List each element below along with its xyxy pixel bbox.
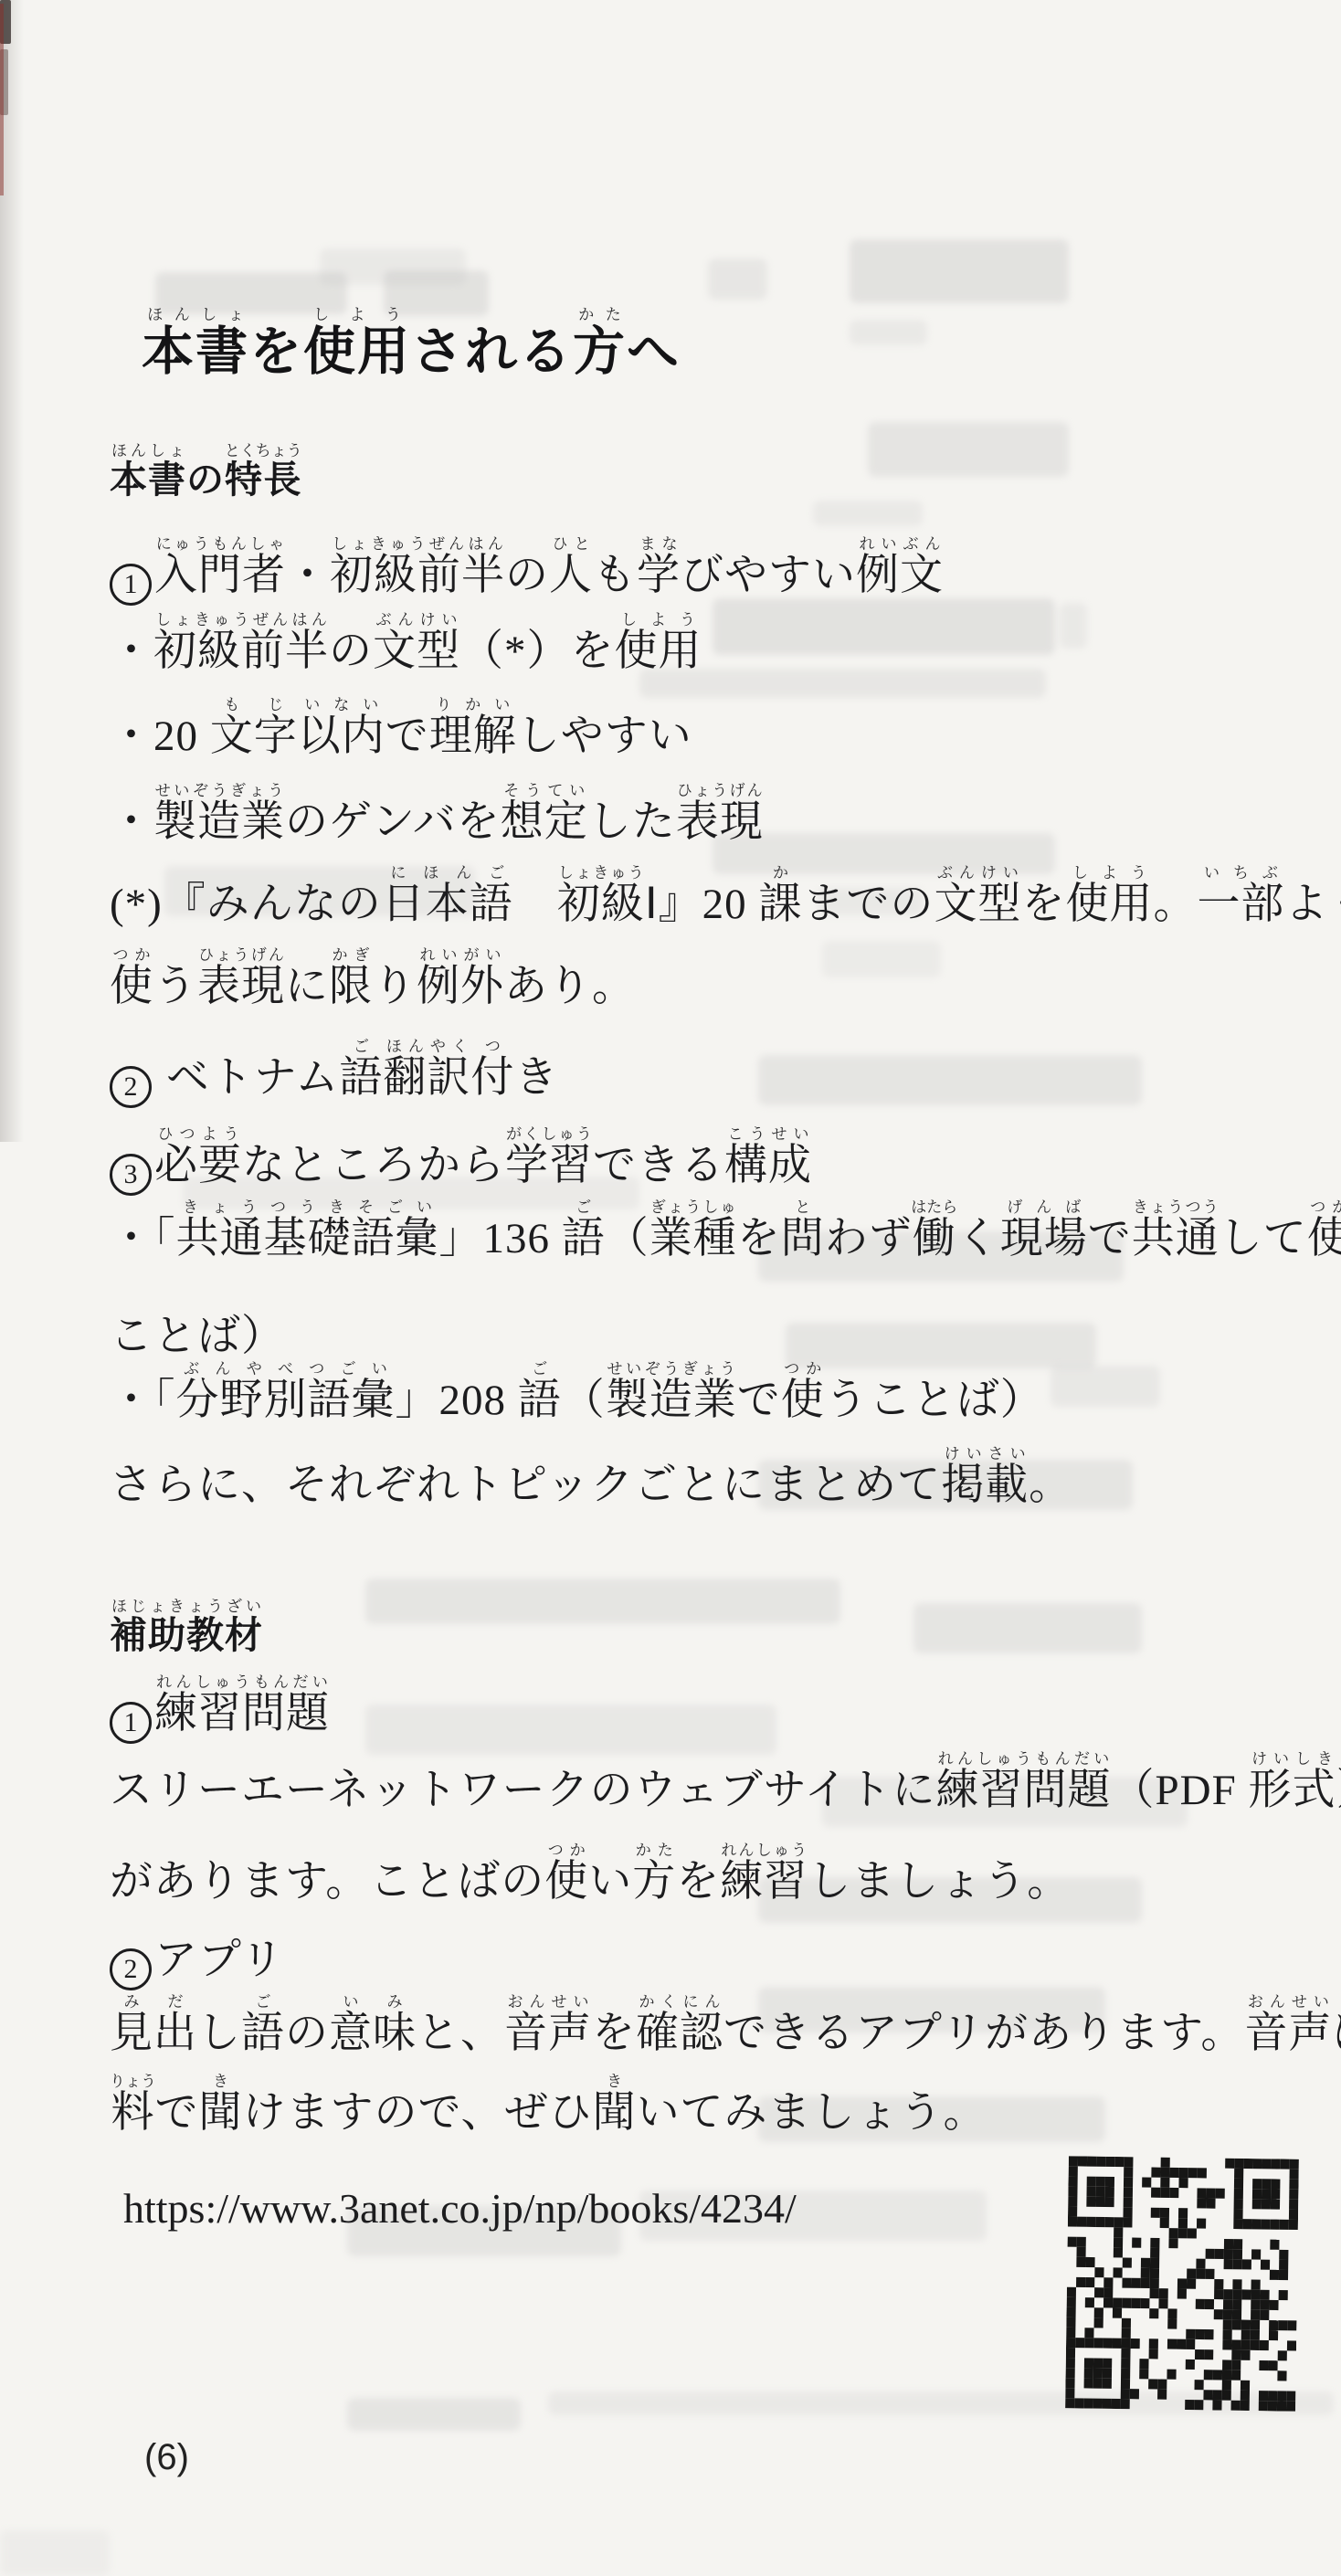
bleed-through-artifact (758, 1055, 1142, 1105)
feature-1-bullet-1: ・初級前半しょきゅうぜんはんの文型ぶんけい（*）を使用しよう (110, 607, 702, 673)
bleed-through-artifact (713, 598, 1055, 655)
bleed-through-artifact (822, 941, 941, 977)
bleed-through-artifact (1051, 1366, 1160, 1407)
scan-edge-mark (0, 0, 11, 44)
feature-3-bullet-2: ・「分野別語彙ぶんやべつごい」208 語ご（製造業せいぞうぎょうで使つかうことば… (110, 1356, 1044, 1422)
bleed-through-artifact (708, 259, 767, 300)
scan-edge-shadow (0, 0, 24, 1142)
bleed-through-artifact (868, 422, 1069, 477)
feature-1: 1入門者にゅうもんしゃ・初級前半しょきゅうぜんはんの人ひとも学まなびやすい例文れ… (110, 531, 944, 606)
scan-edge-mark (0, 49, 8, 115)
bleed-through-artifact (365, 1578, 840, 1624)
footnote-line-1: (*)『みんなの日本語にほんご 初級しょきゅうⅠ』20 課かまでの文型ぶんけいを… (110, 860, 1341, 926)
bleed-through-artifact (813, 501, 923, 526)
topics-note: さらに、それぞれトピックごとにまとめて掲載けいさい。 (110, 1441, 1072, 1507)
supplement-2-line-1: 見出みだし語ごの意味いみと、音声おんせいを確認かくにんできるアプリがあります。音… (110, 1989, 1341, 2055)
supplement-2-heading: 2アプリ (110, 1916, 284, 1990)
circled-number: 2 (110, 1066, 152, 1108)
bleed-through-artifact (1060, 603, 1087, 649)
footnote-line-2: 使つかう表現ひょうげんに限かぎり例外れいがいあり。 (110, 942, 636, 1008)
feature-1-bullet-2: ・20 文字もじ以内いないで理解りかいしやすい (110, 692, 692, 758)
features-heading: 本書ほんしょの特長とくちょう (110, 438, 302, 499)
bleed-through-artifact (850, 320, 927, 345)
app-url: https://www.3anet.co.jp/np/books/4234/ (123, 2164, 797, 2230)
supplement-2-line-2: 料りょうで聞きけますので、ぜひ聞きいてみましょう。 (110, 2068, 987, 2135)
circled-number: 1 (110, 1702, 152, 1744)
bleed-through-artifact (347, 2398, 521, 2431)
bleed-through-artifact (850, 239, 1069, 303)
supplements-heading: 補助教材ほじょきょうざい (110, 1593, 263, 1654)
supplement-1-line-2: があります。ことばの使つかい方かたを練習れんしゅうしましょう。 (110, 1837, 1071, 1904)
page-title: 本書ほんしょを使用しようされる方かたへ (142, 302, 681, 378)
qr-code (1065, 2156, 1299, 2411)
circled-number: 2 (110, 1948, 152, 1990)
feature-1-bullet-3: ・製造業せいぞうぎょうのゲンバを想定そうていした表現ひょうげん (110, 777, 764, 844)
bleed-through-artifact (320, 248, 466, 285)
feature-3: 3必要ひつようなところから学習がくしゅうできる構成こうせい (110, 1121, 812, 1196)
feature-3-bullet-1: ・「共通基礎語彙きょうつうきそごい」136 語ご（業種ぎょうしゅを問とわず働はた… (110, 1194, 1341, 1261)
circled-number: 1 (110, 564, 152, 606)
feature-3-bullet-1-cont: ことば） (110, 1292, 285, 1358)
scan-edge-mark (0, 4, 4, 195)
page-number: (6) (144, 2437, 189, 2478)
supplement-1-heading: 1練習問題れんしゅうもんだい (110, 1669, 330, 1744)
scanned-page: 本書ほんしょを使用しようされる方かたへ 本書ほんしょの特長とくちょう 1入門者に… (0, 0, 1341, 2576)
circled-number: 3 (110, 1154, 152, 1196)
feature-2: 2 ベトナム語ご翻訳ほんやく付つき (110, 1033, 558, 1108)
bleed-through-artifact (0, 2530, 110, 2576)
bleed-through-artifact (913, 1603, 1142, 1653)
supplement-1-line-1: スリーエーネットワークのウェブサイトに練習問題れんしゅうもんだい（PDF 形式け… (110, 1746, 1341, 1812)
